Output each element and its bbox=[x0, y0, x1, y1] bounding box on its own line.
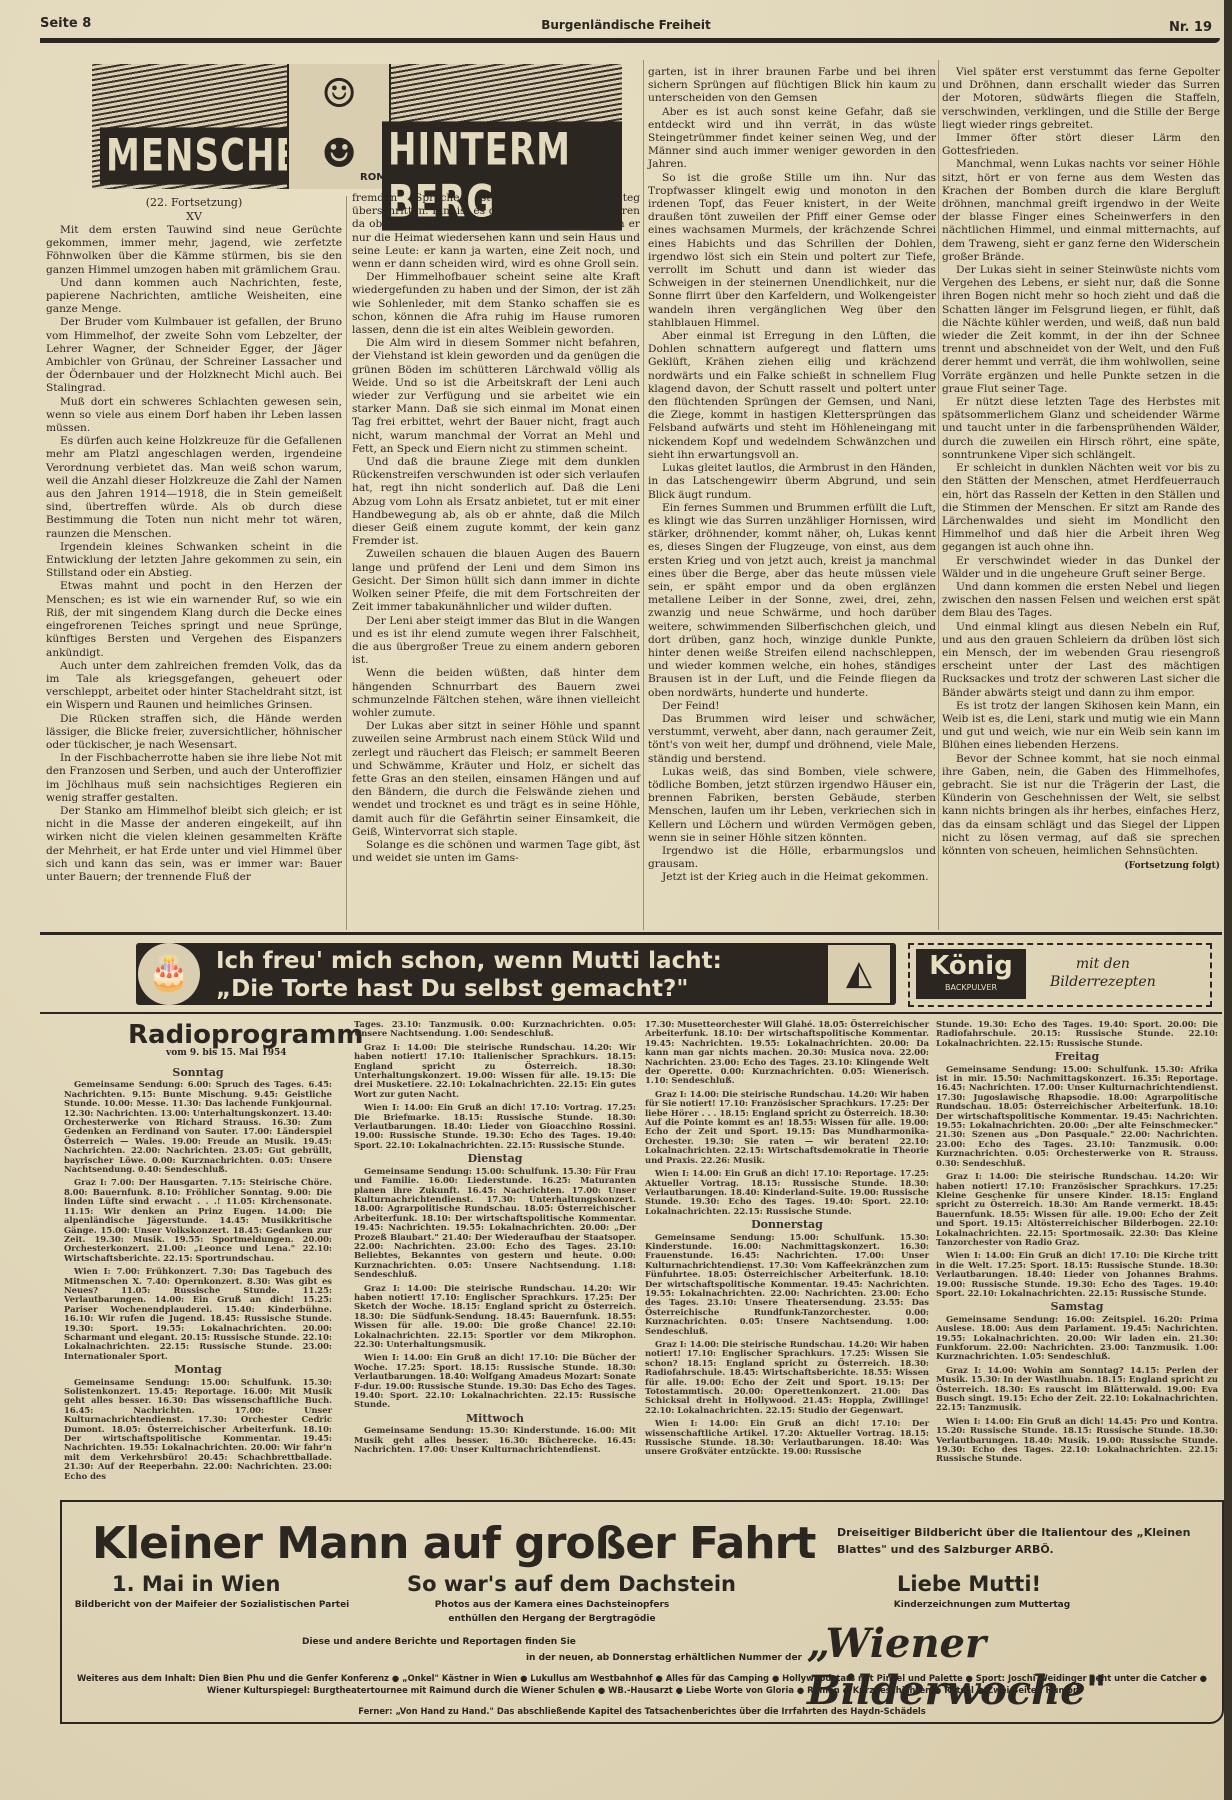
radio-station: Gemeinsame Sendung: bbox=[74, 1377, 201, 1387]
find-line-1: Diese und andere Berichte und Reportagen… bbox=[302, 1634, 802, 1650]
radio-station: Wien I: bbox=[655, 1418, 709, 1428]
section-rule bbox=[40, 932, 1222, 935]
radio-day-heading: Montag bbox=[64, 1365, 332, 1374]
story-paragraph: Der Leni aber steigt immer das Blut in d… bbox=[352, 615, 640, 668]
radio-schedule: Wien I: 14.00: Ein Gruß an dich! 17.10: … bbox=[645, 1419, 929, 1457]
faces-illustration-icon: ☺☻ bbox=[287, 64, 391, 189]
tagline-2: Bilderrezepten bbox=[1050, 973, 1156, 991]
radio-schedule: Graz I: 14.00: Wohin am Sonntag? 14.15: … bbox=[936, 1366, 1218, 1413]
story-paragraph: Und dann kommen auch Nachrichten, feste,… bbox=[46, 277, 342, 317]
radio-schedule: Wien I: 14.00: Ein Gruß an dich! 17.10: … bbox=[354, 1103, 636, 1150]
issue-number: Nr. 19 bbox=[1169, 20, 1212, 35]
installment-label: (22. Fortsetzung) bbox=[46, 196, 342, 210]
radio-station: Graz I: bbox=[946, 1171, 989, 1181]
page-header: Seite 8 Burgenländische Freiheit Nr. 19 bbox=[40, 12, 1212, 34]
column-divider bbox=[938, 60, 939, 930]
story-paragraph: Er schleicht in dunklen Nächten weit vor… bbox=[942, 462, 1220, 554]
story-paragraph: In der Fischbacherrotte haben sie ihre l… bbox=[46, 752, 342, 805]
radio-column-1: SonntagGemeinsame Sendung: 6.00: Spruch … bbox=[64, 1064, 332, 1485]
column-divider bbox=[643, 60, 644, 930]
ad-item-title: Liebe Mutti! bbox=[897, 1572, 1041, 1596]
serial-column-4: Viel später erst verstummt das ferne Gep… bbox=[942, 66, 1220, 873]
newspaper-title: Burgenländische Freiheit bbox=[40, 18, 1212, 32]
radio-station: Wien I: bbox=[74, 1266, 116, 1276]
story-paragraph: Lukas weiß, das sind Bomben, viele schwe… bbox=[648, 766, 936, 845]
radio-station: Gemeinsame Sendung: bbox=[74, 1079, 188, 1089]
ad-item-sub: Bildbericht von der Maifeier der Soziali… bbox=[62, 1598, 362, 1612]
radio-title: Radioprogramm bbox=[128, 1020, 363, 1050]
brand-tagline: mit den Bilderrezepten bbox=[1050, 955, 1156, 991]
story-paragraph: Der Feind! bbox=[648, 700, 936, 713]
radio-day-heading: Freitag bbox=[936, 1052, 1218, 1061]
radio-schedule: Stunde. 19.30: Echo des Tages. 19.40: Sp… bbox=[936, 1020, 1218, 1048]
story-paragraph: Mit dem ersten Tauwind sind neue Gerücht… bbox=[46, 224, 342, 277]
story-paragraph: Etwas mahnt und pocht in den Herzen der … bbox=[46, 580, 342, 659]
story-paragraph: Es dürfen auch keine Holzkreuze für die … bbox=[46, 435, 342, 541]
brand-name: König bbox=[916, 949, 1026, 983]
cake-slice-icon: ◭ bbox=[828, 945, 890, 1003]
radio-day-heading: Sonntag bbox=[64, 1068, 332, 1077]
radio-schedule: Graz I: 14.00: Die steirische Rundschau.… bbox=[354, 1284, 636, 1350]
radio-day-heading: Donnerstag bbox=[645, 1220, 929, 1229]
ad-item-sub: Kinderzeichnungen zum Muttertag bbox=[862, 1598, 1102, 1612]
radio-schedule: 17.30: Musetteorchester Will Glahé. 18.0… bbox=[645, 1020, 929, 1086]
story-paragraph: Aber einmal ist Erregung in den Lüften, … bbox=[648, 330, 936, 462]
radio-schedule: Wien I: 7.00: Frühkonzert. 7.30: Das Tag… bbox=[64, 1267, 332, 1361]
newspaper-page: Seite 8 Burgenländische Freiheit Nr. 19 … bbox=[0, 0, 1232, 1800]
radio-station: Graz I: bbox=[655, 1339, 690, 1349]
story-paragraph: Der Lukas sieht in seiner Steinwüste nic… bbox=[942, 264, 1220, 396]
ad-line-2: „Die Torte hast Du selbst gemacht?" bbox=[216, 975, 722, 1003]
radio-schedule: Gemeinsame Sendung: 6.00: Spruch des Tag… bbox=[64, 1080, 332, 1174]
ad-find-text: Diese und andere Berichte und Reportagen… bbox=[302, 1634, 802, 1666]
ad-line-1: Ich freu' mich schon, wenn Mutti lacht: bbox=[216, 947, 722, 975]
story-paragraph: Bevor der Schnee kommt, hat sie noch ein… bbox=[942, 753, 1220, 859]
radio-column-4: Stunde. 19.30: Echo des Tages. 19.40: Sp… bbox=[936, 1020, 1218, 1468]
brand-subtitle: BACKPULVER bbox=[916, 983, 1026, 992]
ad-item-sub: Photos aus der Kamera eines Dachsteinopf… bbox=[417, 1598, 687, 1626]
radio-schedule: Graz I: 7.00: Der Hausgarten. 7.15: Stei… bbox=[64, 1178, 332, 1263]
radio-schedule: Gemeinsame Sendung: 16.00: Zeitspiel. 16… bbox=[936, 1315, 1218, 1362]
radio-schedule: Gemeinsame Sendung: 15.00: Schulfunk. 15… bbox=[936, 1065, 1218, 1168]
radio-station: Wien I: bbox=[946, 1250, 985, 1260]
radio-schedule: Tages. 23.10: Tanzmusik. 0.00: Kurznachr… bbox=[354, 1020, 636, 1039]
story-paragraph: garten, ist in ihrer braunen Farbe und b… bbox=[648, 66, 936, 106]
radio-station: Graz I: bbox=[655, 1089, 690, 1099]
story-paragraph: Viel später erst verstummt das ferne Gep… bbox=[942, 66, 1220, 132]
ad-item-title: So war's auf dem Dachstein bbox=[407, 1572, 736, 1596]
radio-schedule: Graz I: 14.00: Die steirische Rundschau.… bbox=[936, 1172, 1218, 1247]
ad-ferner: Ferner: „Von Hand zu Hand." Das abschlie… bbox=[62, 1706, 1222, 1716]
continued-note: (Fortsetzung folgt) bbox=[942, 860, 1220, 873]
radio-day-heading: Samstag bbox=[936, 1302, 1218, 1311]
story-paragraph: Wenn die beiden wüßten, daß hinter dem h… bbox=[352, 667, 640, 720]
ad-item-title: 1. Mai in Wien bbox=[112, 1572, 281, 1596]
radio-schedule: Graz I: 14.00: Die steirische Rundschau.… bbox=[645, 1090, 929, 1165]
story-paragraph: Muß dort ein schweres Schlachten gewesen… bbox=[46, 396, 342, 436]
radio-schedule: Wien I: 14.00: Ein Gruß an dich! 14.45: … bbox=[936, 1417, 1218, 1464]
story-paragraph: Er nützt diese letzten Tage des Herbstes… bbox=[942, 396, 1220, 462]
radio-schedule: Wien I: 14.00: Ein Gruß an dich! 17.10: … bbox=[936, 1251, 1218, 1298]
story-paragraph: Manchmal, wenn Lukas nachts vor seiner H… bbox=[942, 158, 1220, 264]
story-paragraph: Auch unter dem zahlreichen fremden Volk,… bbox=[46, 660, 342, 713]
header-rule bbox=[40, 38, 1220, 43]
story-paragraph: Die Rücken straffen sich, die Hände werd… bbox=[46, 713, 342, 753]
radio-station: Graz I: bbox=[74, 1177, 111, 1187]
radio-station: Gemeinsame Sendung: bbox=[946, 1064, 1062, 1074]
radio-schedule: Gemeinsame Sendung: 15.30: Kinderstunde.… bbox=[354, 1426, 636, 1454]
story-paragraph: Es ist trotz der langen Skihosen kein Ma… bbox=[942, 700, 1220, 753]
radio-schedule: Graz I: 14.00: Die steirische Rundschau.… bbox=[645, 1340, 929, 1415]
radio-schedule: Graz I: 14.00: Die steirische Rundschau.… bbox=[354, 1043, 636, 1099]
story-paragraph: Lukas gleitet lautlos, die Armbrust in d… bbox=[648, 462, 936, 502]
radio-column-3: 17.30: Musetteorchester Will Glahé. 18.0… bbox=[645, 1020, 929, 1461]
story-paragraph: Zuweilen schauen die blauen Augen des Ba… bbox=[352, 548, 640, 614]
radio-schedule: Wien I: 14.00: Ein Gruß an dich! 17.10: … bbox=[354, 1353, 636, 1409]
story-paragraph: Er verschwindet wieder in das Dunkel der… bbox=[942, 555, 1220, 581]
serial-column-2: fremden Sprache ist auf schmalem Steg üb… bbox=[352, 192, 640, 865]
radio-station: Wien I: bbox=[364, 1352, 403, 1362]
story-paragraph: Irgendwo ist die Hölle, erbarmungslos un… bbox=[648, 845, 936, 871]
story-paragraph: Die Alm wird in diesem Sommer nicht befa… bbox=[352, 337, 640, 456]
radio-station: Gemeinsame Sendung: bbox=[946, 1314, 1065, 1324]
radio-station: Gemeinsame Sendung: bbox=[364, 1166, 475, 1176]
brand-box: König BACKPULVER mit den Bilderrezepten bbox=[908, 943, 1212, 1007]
radio-station: Gemeinsame Sendung: bbox=[364, 1425, 479, 1435]
story-paragraph: Und dann kommen die ersten Nebel und lie… bbox=[942, 581, 1220, 621]
serial-column-3: garten, ist in ihrer braunen Farbe und b… bbox=[648, 66, 936, 885]
ad-contents: Weiteres aus dem Inhalt: Dien Bien Phu u… bbox=[70, 1672, 1214, 1696]
story-paragraph: Jetzt ist der Krieg auch in die Heimat g… bbox=[648, 871, 936, 884]
story-paragraph: Der Stanko am Himmelhof bleibt sich glei… bbox=[46, 805, 342, 884]
story-paragraph: Das Brummen wird leiser und schwächer, v… bbox=[648, 713, 936, 766]
cake-icon: 🎂 bbox=[138, 943, 200, 1005]
radio-schedule: Gemeinsame Sendung: 15.00: Schulfunk. 15… bbox=[64, 1378, 332, 1481]
story-paragraph: Der Himmelhofbauer scheint seine alte Kr… bbox=[352, 271, 640, 337]
ad-headline: Kleiner Mann auf großer Fahrt bbox=[92, 1518, 815, 1569]
radio-schedule: Gemeinsame Sendung: 15.00: Schulfunk. 15… bbox=[645, 1233, 929, 1336]
story-paragraph: Aber es ist auch sonst keine Gefahr, daß… bbox=[648, 106, 936, 172]
ad-headline-sub: Dreiseitiger Bildbericht über die Italie… bbox=[837, 1524, 1207, 1558]
radio-station: Graz I: bbox=[364, 1042, 407, 1052]
serial-byline: ROMAN VON VIKTOR SCHERF bbox=[360, 172, 524, 183]
serial-column-1: (22. Fortsetzung) XV Mit dem ersten Tauw… bbox=[46, 196, 342, 884]
radio-schedule: Wien I: 14.00: Ein Gruß an dich! 17.10: … bbox=[645, 1169, 929, 1216]
serial-banner-illustration: MENSCHEN ☺☻ HINTERM BERG bbox=[92, 64, 622, 189]
magazine-name: „Wiener Bilderwoche" bbox=[807, 1620, 1222, 1714]
story-paragraph: Und daß die braune Ziege mit dem dunklen… bbox=[352, 456, 640, 548]
baking-powder-ad: 🎂 Ich freu' mich schon, wenn Mutti lacht… bbox=[136, 943, 896, 1005]
radio-station: Graz I: bbox=[364, 1283, 407, 1293]
section-rule bbox=[40, 1012, 1222, 1014]
story-paragraph: Und einmal klingt aus diesen Nebeln ein … bbox=[942, 621, 1220, 700]
story-paragraph: Immer öfter stört dieser Lärm den Gottes… bbox=[942, 132, 1220, 158]
story-paragraph: Ein fernes Summen und Brummen erfüllt di… bbox=[648, 502, 936, 700]
find-line-2: in der neuen, ab Donnerstag erhältlichen… bbox=[302, 1650, 802, 1666]
story-paragraph: Der Bruder vom Kulmbauer ist gefallen, d… bbox=[46, 316, 342, 395]
story-paragraph: Der Lukas aber sitzt in seiner Höhle und… bbox=[352, 720, 640, 839]
page-edge bbox=[1224, 0, 1232, 1800]
story-paragraph: Solange es die schönen und warmen Tage g… bbox=[352, 839, 640, 865]
radio-schedule: Gemeinsame Sendung: 15.00: Schulfunk. 15… bbox=[354, 1167, 636, 1280]
radio-column-2: Tages. 23.10: Tanzmusik. 0.00: Kurznachr… bbox=[354, 1020, 636, 1458]
story-paragraph: fremden Sprache ist auf schmalem Steg üb… bbox=[352, 192, 640, 271]
tagline-1: mit den bbox=[1050, 955, 1156, 973]
radio-station: Graz I: bbox=[946, 1365, 987, 1375]
radio-day-heading: Dienstag bbox=[354, 1154, 636, 1163]
radio-station: Gemeinsame Sendung: bbox=[655, 1232, 790, 1242]
bilderwoche-ad: Kleiner Mann auf großer Fahrt Dreiseitig… bbox=[60, 1500, 1224, 1724]
chapter-number: XV bbox=[46, 210, 342, 224]
radio-dates: vom 9. bis 15. Mai 1954 bbox=[166, 1048, 287, 1058]
story-paragraph: Irgendein kleines Schwanken scheint in d… bbox=[46, 541, 342, 581]
radio-station: Wien I: bbox=[364, 1102, 404, 1112]
brand-logo: König BACKPULVER bbox=[916, 949, 1026, 999]
story-paragraph: So ist die große Stille um ihn. Nur das … bbox=[648, 172, 936, 330]
column-divider bbox=[346, 196, 347, 930]
radio-station: Wien I: bbox=[655, 1168, 692, 1178]
radio-day-heading: Mittwoch bbox=[354, 1414, 636, 1423]
radio-station: Wien I: bbox=[946, 1416, 984, 1426]
